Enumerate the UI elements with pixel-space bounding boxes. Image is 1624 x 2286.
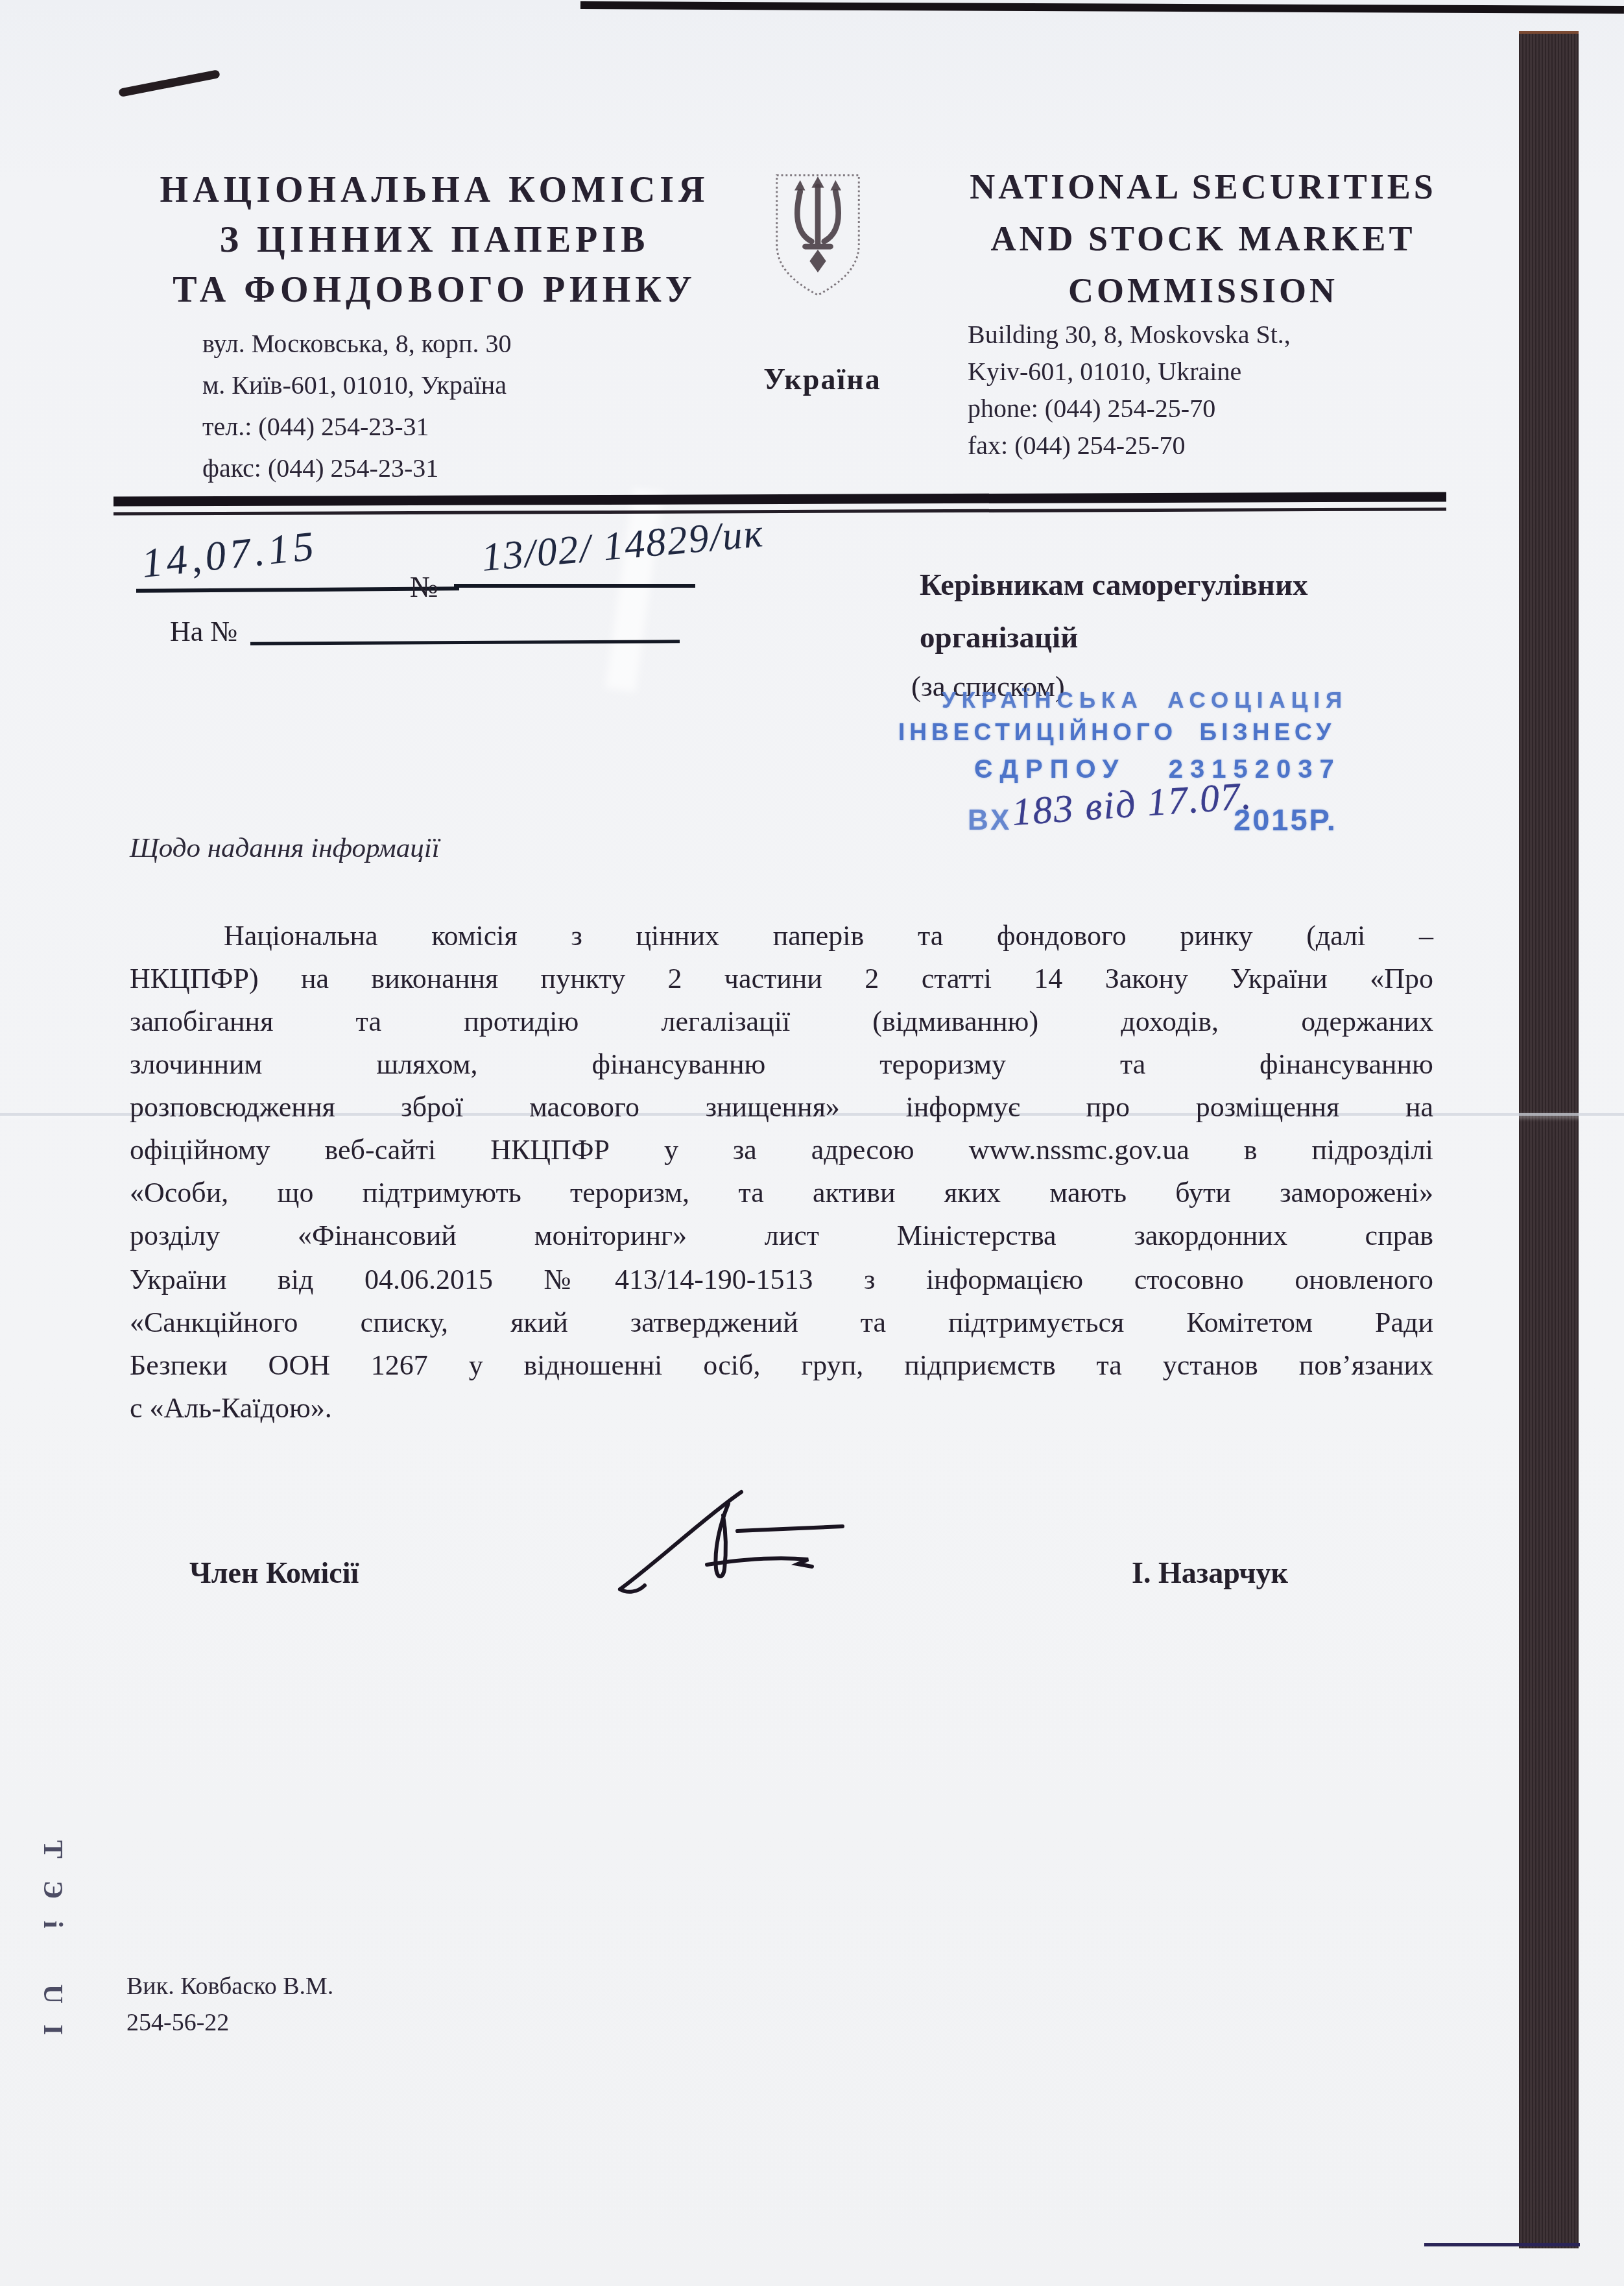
scan-top-edge-artifact bbox=[580, 1, 1624, 14]
org-address-en: Building 30, 8, Moskovska St., Kyiv-601,… bbox=[968, 316, 1291, 464]
org-name-en-line1: NATIONAL SECURITIES bbox=[940, 161, 1466, 213]
body-line: злочинним шляхом, фінансуванню тероризму… bbox=[130, 1043, 1433, 1086]
stamp-org-line1: УКРАЇНСЬКА АСОЦІАЦІЯ bbox=[942, 688, 1348, 714]
org-name-ua-line2: З ЦІННИХ ПАПЕРІВ bbox=[126, 215, 743, 265]
address-en-city: Kyiv-601, 01010, Ukraine bbox=[968, 353, 1291, 390]
margin-glyph: і bbox=[37, 1921, 68, 1940]
org-name-ua: НАЦІОНАЛЬНА КОМІСІЯ З ЦІННИХ ПАПЕРІВ ТА … bbox=[126, 165, 743, 315]
margin-glyph: Т bbox=[37, 1840, 68, 1860]
stamp-incoming-year: 2015Р. bbox=[1234, 802, 1337, 837]
org-name-ua-line1: НАЦІОНАЛЬНА КОМІСІЯ bbox=[126, 165, 743, 215]
pen-mark bbox=[118, 69, 221, 97]
address-ua-phone: тел.: (044) 254-23-31 bbox=[202, 406, 511, 448]
margin-glyph: U bbox=[37, 1984, 68, 2004]
body-line: с «Аль-Каїдою». bbox=[130, 1387, 1433, 1430]
address-en-fax: fax: (044) 254-25-70 bbox=[968, 427, 1291, 464]
scanned-letter-page: НАЦІОНАЛЬНА КОМІСІЯ З ЦІННИХ ПАПЕРІВ ТА … bbox=[0, 0, 1624, 2286]
margin-glyph: Э bbox=[37, 1881, 68, 1900]
body-line: запобігання та протидію легалізації (від… bbox=[130, 1000, 1433, 1043]
executor-line: Вик. Ковбаско В.М. bbox=[126, 1972, 333, 2001]
executor-phone: 254-56-22 bbox=[126, 2008, 229, 2037]
address-ua-street: вул. Московська, 8, корп. 30 bbox=[202, 323, 511, 365]
scan-edge-band-artifact bbox=[1519, 31, 1579, 2248]
signoff-name: І. Назарчук bbox=[1132, 1556, 1288, 1590]
body-line: «Особи, що підтримують тероризм, та акти… bbox=[130, 1172, 1433, 1214]
body-line: НКЦПФР) на виконання пункту 2 частини 2 … bbox=[130, 957, 1433, 1000]
body-line: «Санкційного списку, який затверджений т… bbox=[130, 1301, 1433, 1344]
margin-artifact-glyphs: Т Э і U І bbox=[43, 1835, 62, 2050]
address-ua-city: м. Київ-601, 01010, Україна bbox=[202, 365, 511, 406]
reply-number-label: На № bbox=[170, 615, 237, 648]
recipient-line2: організацій bbox=[920, 620, 1078, 655]
stamp-incoming-label: ВХ bbox=[968, 804, 1012, 837]
address-en-street: Building 30, 8, Moskovska St., bbox=[968, 316, 1291, 353]
body-line: Національна комісія з цінних паперів та … bbox=[130, 915, 1433, 957]
header-rule-thin bbox=[113, 507, 1446, 515]
org-name-ua-line3: ТА ФОНДОВОГО РИНКУ bbox=[126, 265, 743, 315]
address-ua-fax: факс: (044) 254-23-31 bbox=[202, 448, 511, 489]
body-line: України від 04.06.2015 №413/14-190-1513 … bbox=[130, 1258, 1433, 1301]
org-name-en-line2: AND STOCK MARKET bbox=[940, 213, 1466, 265]
number-underline bbox=[454, 584, 695, 588]
org-address-ua: вул. Московська, 8, корп. 30 м. Київ-601… bbox=[202, 323, 511, 489]
stamp-org-line2: ІНВЕСТИЦІЙНОГО БІЗНЕСУ bbox=[898, 719, 1335, 746]
fold-streak bbox=[606, 488, 663, 692]
body-line: Безпеки ООН 1267 у відношенні осіб, груп… bbox=[130, 1344, 1433, 1387]
body-line: розділу «Фінансовий моніторинг» лист Мін… bbox=[130, 1214, 1433, 1257]
address-en-phone: phone: (044) 254-25-70 bbox=[968, 390, 1291, 427]
signature-mark bbox=[608, 1484, 855, 1601]
number-sign: № bbox=[410, 570, 438, 604]
org-name-en-line3: COMMISSION bbox=[940, 265, 1466, 317]
body-line: розповсюдження зброї масового знищення» … bbox=[130, 1086, 1433, 1129]
signoff-title: Член Комісії bbox=[189, 1556, 359, 1590]
trident-emblem-icon bbox=[770, 170, 865, 303]
recipient-line1: Керівникам саморегулівних bbox=[920, 568, 1308, 603]
margin-glyph: І bbox=[37, 2025, 68, 2044]
org-name-en: NATIONAL SECURITIES AND STOCK MARKET COM… bbox=[940, 161, 1466, 317]
body-line: офіційному веб-сайті НКЦПФР у за адресою… bbox=[130, 1129, 1433, 1172]
country-label: Україна bbox=[761, 362, 884, 396]
subject-line: Щодо надання інформації bbox=[130, 832, 440, 864]
handwritten-date: 14,07.15 bbox=[139, 522, 320, 588]
scan-edge-bottom-line bbox=[1424, 2243, 1580, 2246]
header-rule-thick bbox=[113, 492, 1446, 506]
